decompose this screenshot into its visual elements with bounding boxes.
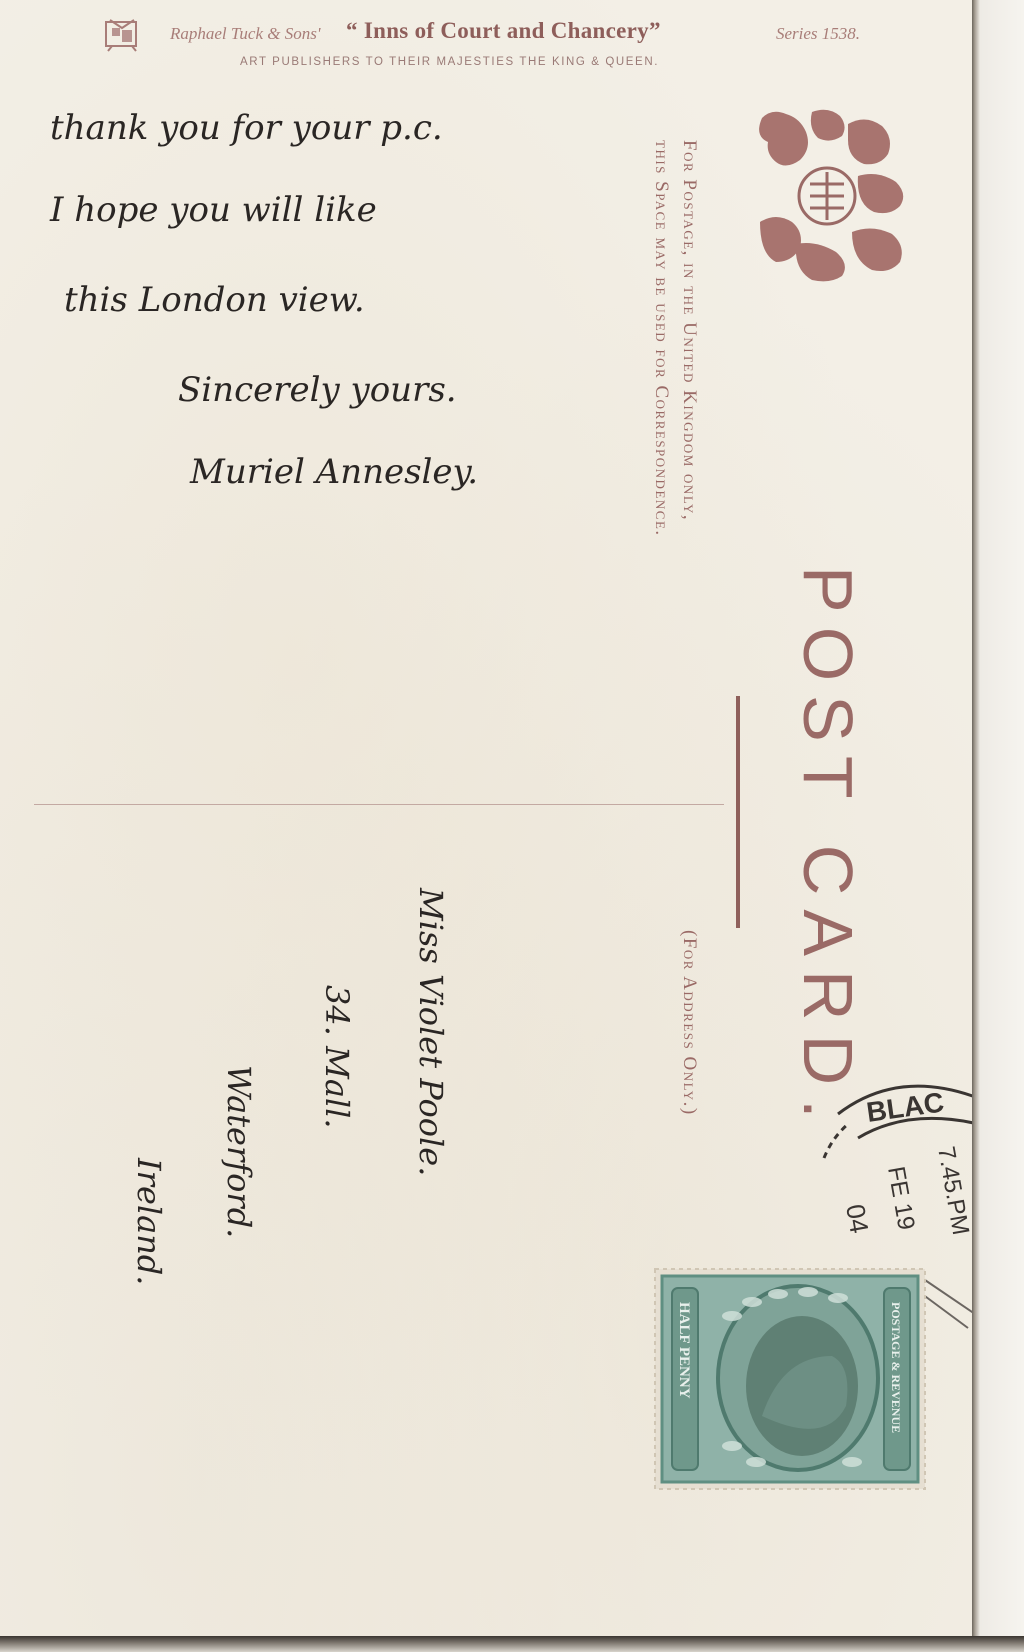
scan-edge [972, 0, 1024, 1640]
easel-logo-icon [100, 16, 144, 52]
post-card-title: POST CARD. [788, 566, 868, 1133]
message-line: this London view. [64, 280, 365, 320]
scan-shadow [0, 1636, 1024, 1652]
half-penny-stamp: HALF PENNY POSTAGE & REVENUE [652, 1266, 928, 1492]
postage-notice-line-2: this Space may be used for Correspondenc… [650, 140, 672, 537]
address-line-name: Miss Violet Poole. [412, 888, 450, 1176]
message-signature: Muriel Annesley. [190, 452, 478, 492]
series-title: “ Inns of Court and Chancery” [346, 18, 661, 44]
address-line-city: Waterford. [220, 1065, 258, 1238]
address-line-street: 34. Mall. [318, 985, 356, 1129]
royal-coat-of-arms-icon [752, 104, 912, 286]
publisher-name: Raphael Tuck & Sons' [170, 24, 321, 44]
svg-text:7.45.PM: 7.45.PM [932, 1144, 972, 1237]
publisher-header: Raphael Tuck & Sons' “ Inns of Court and… [100, 16, 900, 76]
series-number: Series 1538. [776, 24, 860, 44]
svg-text:HALF PENNY: HALF PENNY [676, 1302, 692, 1399]
postage-notice-line-1: For Postage, in the United Kingdom only, [678, 140, 700, 521]
message-line: I hope you will like [50, 190, 377, 230]
horizontal-divider [34, 804, 724, 805]
postcard-back: Raphael Tuck & Sons' “ Inns of Court and… [0, 0, 972, 1636]
publisher-subtitle: ART PUBLISHERS TO THEIR MAJESTIES THE KI… [240, 56, 659, 68]
message-line: thank you for your p.c. [50, 108, 443, 148]
address-only-label: (For Address Only.) [678, 930, 700, 1116]
stamp-perforation-icon: HALF PENNY POSTAGE & REVENUE [652, 1266, 928, 1492]
svg-text:04: 04 [840, 1202, 875, 1236]
address-rule [736, 696, 740, 928]
message-closing: Sincerely yours. [178, 370, 457, 410]
svg-text:FE 19: FE 19 [882, 1164, 920, 1232]
svg-text:POSTAGE & REVENUE: POSTAGE & REVENUE [889, 1302, 903, 1433]
address-line-country: Ireland. [130, 1158, 168, 1285]
